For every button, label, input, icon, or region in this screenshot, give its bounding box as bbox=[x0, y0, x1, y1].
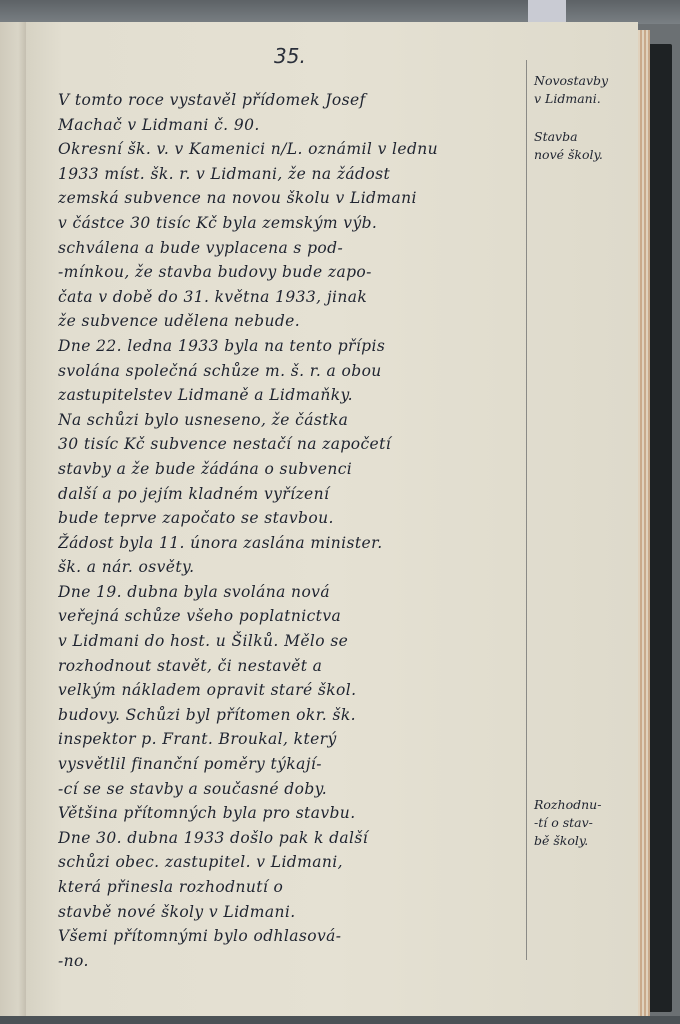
margin-note-line: bě školy. bbox=[534, 832, 634, 850]
text-line: Všemi přítomnými bylo odhlasová- bbox=[58, 924, 520, 949]
margin-note-stavba: Stavba nové školy. bbox=[534, 128, 634, 164]
margin-note-rozhodnuti: Rozhodnu- -tí o stav- bě školy. bbox=[534, 796, 634, 850]
text-line: zastupitelstev Lidmaně a Lidmaňky. bbox=[58, 383, 520, 408]
text-line: že subvence udělena nebude. bbox=[58, 309, 520, 334]
background-surface-bottom bbox=[0, 1016, 680, 1024]
text-line: v Lidmani do host. u Šilků. Mělo se bbox=[58, 629, 520, 654]
text-line: vysvětlil finanční poměry týkají- bbox=[58, 752, 520, 777]
text-line: zemská subvence na novou školu v Lidmani bbox=[58, 186, 520, 211]
text-line: 30 tisíc Kč subvence nestačí na započetí bbox=[58, 432, 520, 457]
text-line: další a po jejím kladném vyřízení bbox=[58, 482, 520, 507]
text-line: stavby a že bude žádána o subvenci bbox=[58, 457, 520, 482]
text-line: svolána společná schůze m. š. r. a obou bbox=[58, 359, 520, 384]
text-line: velkým nákladem opravit staré škol. bbox=[58, 678, 520, 703]
text-line: Dne 19. dubna byla svolána nová bbox=[58, 580, 520, 605]
text-line: bude teprve započato se stavbou. bbox=[58, 506, 520, 531]
margin-rule bbox=[526, 60, 527, 960]
margin-note-line: v Lidmani. bbox=[534, 90, 634, 108]
facing-page-edge bbox=[0, 22, 27, 1018]
text-line: Dne 30. dubna 1933 došlo pak k další bbox=[58, 826, 520, 851]
text-line: šk. a nár. osvěty. bbox=[58, 555, 520, 580]
text-line: čata v době do 31. května 1933, jinak bbox=[58, 285, 520, 310]
text-line: veřejná schůze všeho poplatnictva bbox=[58, 604, 520, 629]
background-surface bbox=[0, 0, 680, 24]
text-line: Většina přítomných byla pro stavbu. bbox=[58, 801, 520, 826]
text-line: -no. bbox=[58, 949, 520, 974]
text-line: 1933 míst. šk. r. v Lidmani, že na žádos… bbox=[58, 162, 520, 187]
text-line: inspektor p. Frant. Broukal, který bbox=[58, 727, 520, 752]
margin-note-line: -tí o stav- bbox=[534, 814, 634, 832]
margin-note-line: Rozhodnu- bbox=[534, 796, 634, 814]
margin-note-novostavby: Novostavby v Lidmani. bbox=[534, 72, 634, 108]
bookmark-tab bbox=[528, 0, 566, 22]
text-line: Žádost byla 11. února zaslána minister. bbox=[58, 531, 520, 556]
text-line: budovy. Schůzi byl přítomen okr. šk. bbox=[58, 703, 520, 728]
text-line: -mínkou, že stavba budovy bude zapo- bbox=[58, 260, 520, 285]
margin-note-line: Novostavby bbox=[534, 72, 634, 90]
text-line: Machač v Lidmani č. 90. bbox=[58, 113, 520, 138]
text-line: Na schůzi bylo usneseno, že částka bbox=[58, 408, 520, 433]
text-line: -cí se se stavby a současné doby. bbox=[58, 777, 520, 802]
text-line: která přinesla rozhodnutí o bbox=[58, 875, 520, 900]
text-line: schválena a bude vyplacena s pod- bbox=[58, 236, 520, 261]
text-line: Dne 22. ledna 1933 byla na tento přípis bbox=[58, 334, 520, 359]
page-edges bbox=[636, 30, 650, 1018]
text-line: rozhodnout stavět, či nestavět a bbox=[58, 654, 520, 679]
text-line: schůzi obec. zastupitel. v Lidmani, bbox=[58, 850, 520, 875]
margin-note-line: nové školy. bbox=[534, 146, 634, 164]
page-number: 35. bbox=[274, 44, 306, 68]
margin-note-line: Stavba bbox=[534, 128, 634, 146]
handwritten-body: V tomto roce vystavěl přídomek Josef Mac… bbox=[58, 88, 520, 973]
text-line: stavbě nové školy v Lidmani. bbox=[58, 900, 520, 925]
text-line: v částce 30 tisíc Kč byla zemským výb. bbox=[58, 211, 520, 236]
text-line: V tomto roce vystavěl přídomek Josef bbox=[58, 88, 520, 113]
text-line: Okresní šk. v. v Kamenici n/L. oznámil v… bbox=[58, 137, 520, 162]
